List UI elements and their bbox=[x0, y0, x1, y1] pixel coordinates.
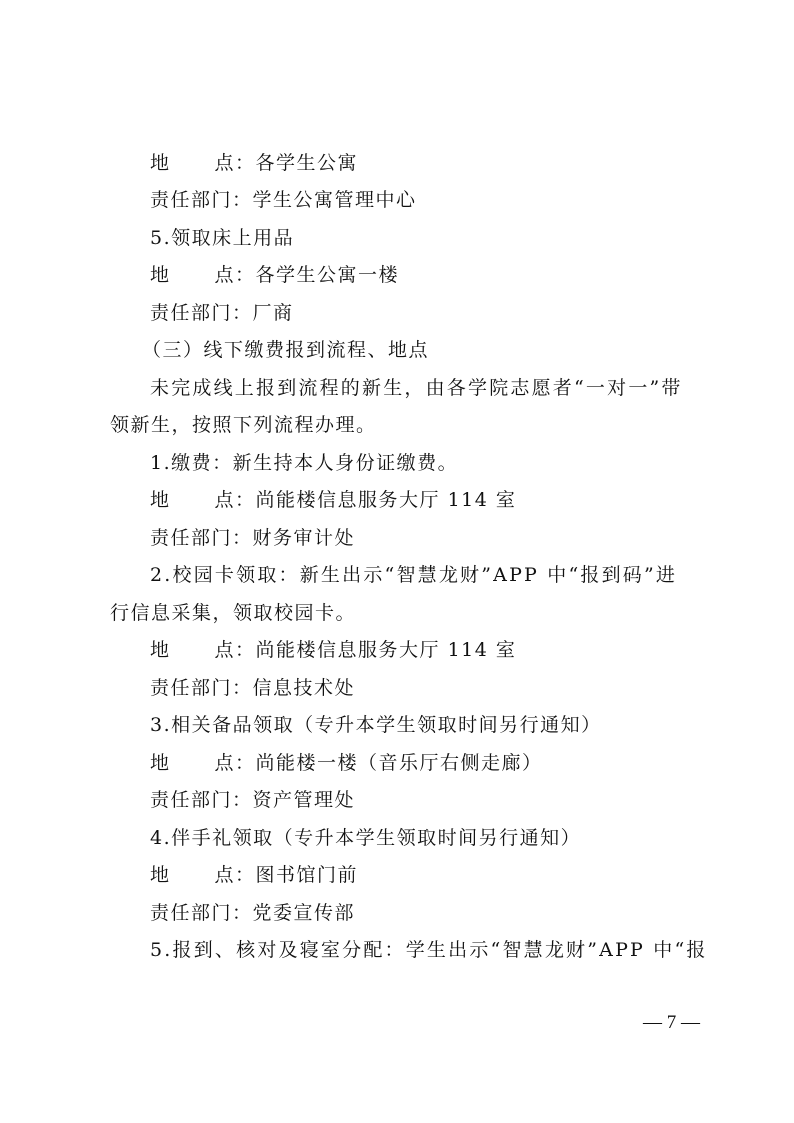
location-line: 地点：尚能楼信息服务大厅 114 室 bbox=[150, 485, 700, 515]
paragraph-line: 未完成线上报到流程的新生，由各学院志愿者“一对一”带 bbox=[150, 373, 700, 403]
department-line: 责任部门：学生公寓管理中心 bbox=[150, 185, 700, 215]
location-value: 尚能楼信息服务大厅 114 室 bbox=[256, 489, 517, 511]
location-label-b: 点： bbox=[215, 752, 256, 774]
location-line: 地点：各学生公寓 bbox=[150, 148, 700, 178]
location-value: 尚能楼一楼（音乐厅右侧走廊） bbox=[256, 752, 543, 774]
department-line: 责任部门：财务审计处 bbox=[150, 523, 700, 553]
location-label-a: 地 bbox=[150, 264, 171, 286]
location-label-b: 点： bbox=[215, 864, 256, 886]
location-label-b: 点： bbox=[215, 489, 256, 511]
department-line: 责任部门：党委宣传部 bbox=[150, 898, 700, 928]
location-label-a: 地 bbox=[150, 152, 171, 174]
paragraph-line: 行信息采集，领取校园卡。 bbox=[110, 598, 700, 628]
department-line: 责任部门：厂商 bbox=[150, 298, 700, 328]
page-number: — 7 — bbox=[630, 1012, 700, 1034]
location-line: 地点：各学生公寓一楼 bbox=[150, 260, 700, 290]
location-label-b: 点： bbox=[215, 639, 256, 661]
location-label-a: 地 bbox=[150, 752, 171, 774]
location-line: 地点：尚能楼一楼（音乐厅右侧走廊） bbox=[150, 748, 700, 778]
location-label-b: 点： bbox=[215, 152, 256, 174]
item-heading: 1.缴费：新生持本人身份证缴费。 bbox=[150, 448, 700, 478]
item-heading: 3.相关备品领取（专升本学生领取时间另行通知） bbox=[150, 710, 700, 740]
paragraph-line: 领新生，按照下列流程办理。 bbox=[110, 410, 700, 440]
item-heading: 5.报到、核对及寝室分配：学生出示“智慧龙财”APP 中“报 bbox=[150, 935, 700, 965]
location-line: 地点：尚能楼信息服务大厅 114 室 bbox=[150, 635, 700, 665]
item-heading: 2.校园卡领取：新生出示“智慧龙财”APP 中“报到码”进 bbox=[150, 560, 700, 590]
department-line: 责任部门：资产管理处 bbox=[150, 785, 700, 815]
document-page: 地点：各学生公寓 责任部门：学生公寓管理中心 5.领取床上用品 地点：各学生公寓… bbox=[0, 0, 794, 1123]
section-heading: （三）线下缴费报到流程、地点 bbox=[142, 335, 692, 365]
location-value: 尚能楼信息服务大厅 114 室 bbox=[256, 639, 517, 661]
location-line: 地点：图书馆门前 bbox=[150, 860, 700, 890]
department-line: 责任部门：信息技术处 bbox=[150, 673, 700, 703]
location-value: 各学生公寓一楼 bbox=[256, 264, 400, 286]
location-label-a: 地 bbox=[150, 864, 171, 886]
item-heading: 4.伴手礼领取（专升本学生领取时间另行通知） bbox=[150, 823, 700, 853]
location-value: 图书馆门前 bbox=[256, 864, 359, 886]
location-label-a: 地 bbox=[150, 639, 171, 661]
item-heading: 5.领取床上用品 bbox=[150, 223, 700, 253]
location-label-a: 地 bbox=[150, 489, 171, 511]
location-label-b: 点： bbox=[215, 264, 256, 286]
location-value: 各学生公寓 bbox=[256, 152, 359, 174]
